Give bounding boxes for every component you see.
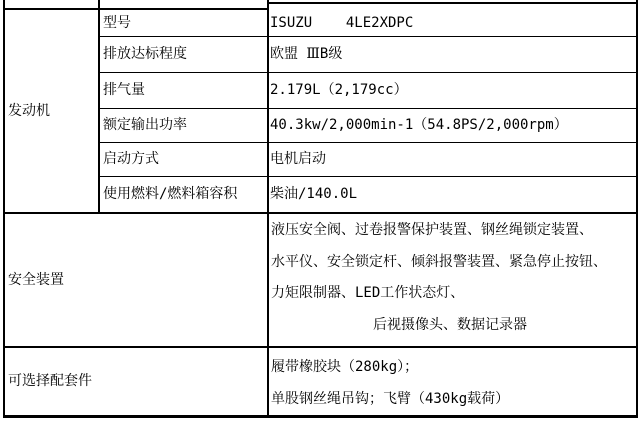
- table-right-border: [636, 0, 638, 417]
- col1-col2-divider: [98, 0, 100, 213]
- safety-section-label: 安全装置: [8, 214, 265, 346]
- engine-row-value: 2.179L（2,179cc）: [270, 73, 634, 108]
- engine-row-label: 启动方式: [103, 143, 265, 176]
- optional-section-label: 可选择配套件: [8, 348, 265, 415]
- safety-line: 后视摄像头、数据记录器: [271, 310, 634, 342]
- engine-section-label: 发动机: [8, 10, 96, 212]
- engine-row-label: 额定输出功率: [103, 109, 265, 142]
- engine-row-value: 柴油/140.0L: [270, 177, 634, 212]
- top-partial-rule-right: [267, 2, 638, 4]
- engine-row-label: 型号: [103, 10, 265, 36]
- optional-line: 履带橡胶块（280kg）；: [271, 352, 634, 384]
- safety-line: 力矩限制器、LED工作状态灯、: [271, 278, 634, 310]
- optional-line: 单股钢丝绳吊钩；飞臂（430kg载荷）: [271, 384, 634, 416]
- table-bottom-border: [3, 415, 638, 418]
- safety-values: 液压安全阀、过卷报警保护装置、钢丝绳锁定装置、 水平仪、安全锁定杆、倾斜报警装置…: [271, 215, 634, 341]
- engine-row-value: 40.3kw/2,000min-1（54.8PS/2,000rpm）: [270, 109, 634, 142]
- col2-col3-divider: [267, 0, 269, 417]
- optional-values: 履带橡胶块（280kg）； 单股钢丝绳吊钩；飞臂（430kg载荷）: [271, 352, 634, 415]
- engine-row-value: 欧盟 ⅢB级: [270, 37, 634, 72]
- engine-row-value: ISUZU 4LE2XDPC: [270, 10, 634, 36]
- table-left-border: [3, 0, 5, 417]
- safety-line: 水平仪、安全锁定杆、倾斜报警装置、紧急停止按钮、: [271, 247, 634, 279]
- engine-row-label: 使用燃料/燃料箱容积: [103, 177, 265, 212]
- spec-table: 发动机 型号 ISUZU 4LE2XDPC 排放达标程度 欧盟 ⅢB级 排气量 …: [0, 0, 643, 423]
- safety-line: 液压安全阀、过卷报警保护装置、钢丝绳锁定装置、: [271, 215, 634, 247]
- engine-row-label: 排气量: [103, 73, 265, 108]
- engine-row-label: 排放达标程度: [103, 37, 265, 72]
- engine-row-value: 电机启动: [270, 143, 634, 176]
